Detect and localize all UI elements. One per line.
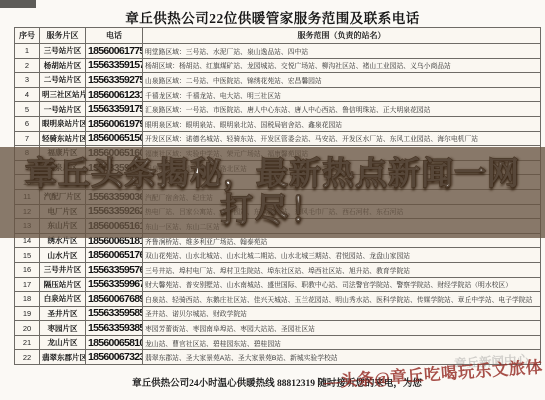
cell-phone-number: 15563359175 xyxy=(86,102,143,117)
page-title: 章丘供热公司22位供暖管家服务范围及联系电话 xyxy=(0,7,545,27)
cell-row-number: 4 xyxy=(15,87,40,102)
cell-service-district: 龙山片区 xyxy=(40,335,86,350)
cell-row-number: 19 xyxy=(15,306,40,321)
cell-service-scope: 开发区区域：诺德名城站、轻骑东站、开发区管委会站、马安站、开发区水厂站、东风工业… xyxy=(143,131,541,146)
cell-service-scope: 千禧龙区域：千禧龙站、电大站、明三社区站 xyxy=(143,87,541,102)
cell-phone-number: 15563359385 xyxy=(86,321,143,336)
cell-service-district: 圣井片区 xyxy=(40,306,86,321)
cell-service-district: 轻骑东站片区 xyxy=(40,131,86,146)
cell-service-district: 明三社区站片区 xyxy=(40,87,86,102)
screenshot-page: 章丘供热公司22位供暖管家服务范围及联系电话 序号 服务片区 电话 服务范围（负… xyxy=(0,0,545,400)
cell-phone-number: 15563359967 xyxy=(86,277,143,292)
cell-phone-number: 18560065176 xyxy=(86,248,143,263)
cell-service-district: 眼明泉站片区 xyxy=(40,116,86,131)
cell-row-number: 1 xyxy=(15,44,40,59)
cell-service-district: 翡翠东郡片区 xyxy=(40,350,86,365)
cell-service-district: 白泉站片区 xyxy=(40,292,86,307)
cell-service-scope: 白泉站、轻骑西站、东鹅庄社区站、佳兴天城站、玉兰花园站、明山秀水站、医科学院站、… xyxy=(143,292,541,307)
cell-row-number: 3 xyxy=(15,73,40,88)
header-cell-scope: 服务范围（负责的站名） xyxy=(143,28,541,44)
cell-service-district: 一号站片区 xyxy=(40,102,86,117)
cell-phone-number: 18560067323 xyxy=(86,350,143,365)
cell-service-scope: 三号井站、埠村电厂站、埠村卫生院站、埠东社区站、埠西社区站、旭升站、教育学院站 xyxy=(143,262,541,277)
cell-phone-number: 18560061775 xyxy=(86,44,143,59)
cell-service-scope: 枣园芳蕾街站、枣园南阜埠站、枣园大站站、圣园社区站 xyxy=(143,321,541,336)
header-cell-no: 序号 xyxy=(15,28,40,44)
table-row: 21龙山片区18560065810龙山站、曹官社区站、碧桂园东站、碧桂园站 xyxy=(15,335,541,350)
cell-phone-number: 18560061231 xyxy=(86,87,143,102)
cell-service-scope: 眼明泉区域：眼明泉站、眼明泉北站、国税局宿舍站、鑫泉花园站 xyxy=(143,116,541,131)
cell-service-scope: 龙山站、曹官社区站、碧桂园东站、碧桂园站 xyxy=(143,335,541,350)
cell-row-number: 15 xyxy=(15,248,40,263)
table-row: 20枣园片区15563359385枣园芳蕾街站、枣园南阜埠站、枣园大站站、圣园社… xyxy=(15,321,541,336)
cell-service-scope: 杨胡区域：杨胡站、红旗煤矿站、龙园城站、交悦广场站、柳沟社区站、褚山工业园站、义… xyxy=(143,58,541,73)
table-header-row: 序号 服务片区 电话 服务范围（负责的站名） xyxy=(15,28,541,44)
cell-service-district: 杨胡站片区 xyxy=(40,58,86,73)
table-row: 7轻骑东站片区18560065150开发区区域：诺德名城站、轻骑东站、开发区管委… xyxy=(15,131,541,146)
cell-row-number: 20 xyxy=(15,321,40,336)
header-cell-district: 服务片区 xyxy=(40,28,86,44)
header-cell-phone: 电话 xyxy=(86,28,143,44)
table-row: 16三号井片区15563359576三号井站、埠村电厂站、埠村卫生院站、埠东社区… xyxy=(15,262,541,277)
cell-row-number: 7 xyxy=(15,131,40,146)
cell-service-scope: 圣井站、诺贝尔城站、财政学院站 xyxy=(143,306,541,321)
cell-service-district: 隔压站片区 xyxy=(40,277,86,292)
table-row: 5一号站片区15563359175汇泉路区域：一号站、市医院站、唐人中心东站、唐… xyxy=(15,102,541,117)
news-overlay-banner: 章丘头条揭秘，最新热点新闻一网 打尽！ xyxy=(0,147,545,238)
cell-service-district: 二号站片区 xyxy=(40,73,86,88)
table-row: 6眼明泉站片区18560061979眼明泉区域：眼明泉站、眼明泉北站、国税局宿舍… xyxy=(15,116,541,131)
cell-service-district: 山水片区 xyxy=(40,248,86,263)
cell-row-number: 5 xyxy=(15,102,40,117)
cell-row-number: 6 xyxy=(15,116,40,131)
cell-service-scope: 双山花苑站、山水北城站、山水北城二期站、山水北城三期站、君悦园站、龙盘山家园站 xyxy=(143,248,541,263)
cell-service-district: 枣园片区 xyxy=(40,321,86,336)
table-row: 2杨胡站片区15563359157杨胡区域：杨胡站、红旗煤矿站、龙园城站、交悦广… xyxy=(15,58,541,73)
cell-phone-number: 15563359585 xyxy=(86,306,143,321)
cell-phone-number: 18560065150 xyxy=(86,131,143,146)
cell-phone-number: 18560061979 xyxy=(86,116,143,131)
table-row: 19圣井片区15563359585圣井站、诺贝尔城站、财政学院站 xyxy=(15,306,541,321)
cell-service-district: 三号井片区 xyxy=(40,262,86,277)
table-header: 序号 服务片区 电话 服务范围（负责的站名） xyxy=(15,28,541,44)
cell-row-number: 21 xyxy=(15,335,40,350)
cell-row-number: 22 xyxy=(15,350,40,365)
banner-text-line2: 打尽！ xyxy=(220,192,325,229)
cell-row-number: 2 xyxy=(15,58,40,73)
cell-service-scope: 财大馨苑站、普安别墅站、山水南城站、盛世国际、职教中心站、司法警官学院站、警察学… xyxy=(143,277,541,292)
table-row: 17隔压站片区15563359967财大馨苑站、普安别墅站、山水南城站、盛世国际… xyxy=(15,277,541,292)
cell-service-scope: 汇泉路区域：一号站、市医院站、唐人中心东站、唐人中心西站、鲁信明珠站、正大明泉花… xyxy=(143,102,541,117)
cell-row-number: 16 xyxy=(15,262,40,277)
table-row: 15山水片区18560065176双山花苑站、山水北城站、山水北城二期站、山水北… xyxy=(15,248,541,263)
table-row: 1三号站片区18560061775明堂路区域：三号站、水泥厂站、泉山逸品站、四中… xyxy=(15,44,541,59)
table-row: 4明三社区站片区18560061231千禧龙区域：千禧龙站、电大站、明三社区站 xyxy=(15,87,541,102)
cell-row-number: 17 xyxy=(15,277,40,292)
cell-phone-number: 15563359275 xyxy=(86,73,143,88)
cell-phone-number: 18560065810 xyxy=(86,335,143,350)
table-row: 18白泉站片区18560067689白泉站、轻骑西站、东鹅庄社区站、佳兴天城站、… xyxy=(15,292,541,307)
banner-text-line1: 章丘头条揭秘，最新热点新闻一网 xyxy=(25,156,520,192)
cell-phone-number: 15563359157 xyxy=(86,58,143,73)
cell-phone-number: 18560067689 xyxy=(86,292,143,307)
cell-row-number: 18 xyxy=(15,292,40,307)
table-row: 3二号站片区15563359275山泉路区域：二号站、中医院站、锦绣花苑站、宏昌… xyxy=(15,73,541,88)
cell-service-scope: 山泉路区域：二号站、中医院站、锦绣花苑站、宏昌馨园站 xyxy=(143,73,541,88)
cell-phone-number: 15563359576 xyxy=(86,262,143,277)
cell-service-scope: 明堂路区域：三号站、水泥厂站、泉山逸品站、四中站 xyxy=(143,44,541,59)
cell-service-district: 三号站片区 xyxy=(40,44,86,59)
